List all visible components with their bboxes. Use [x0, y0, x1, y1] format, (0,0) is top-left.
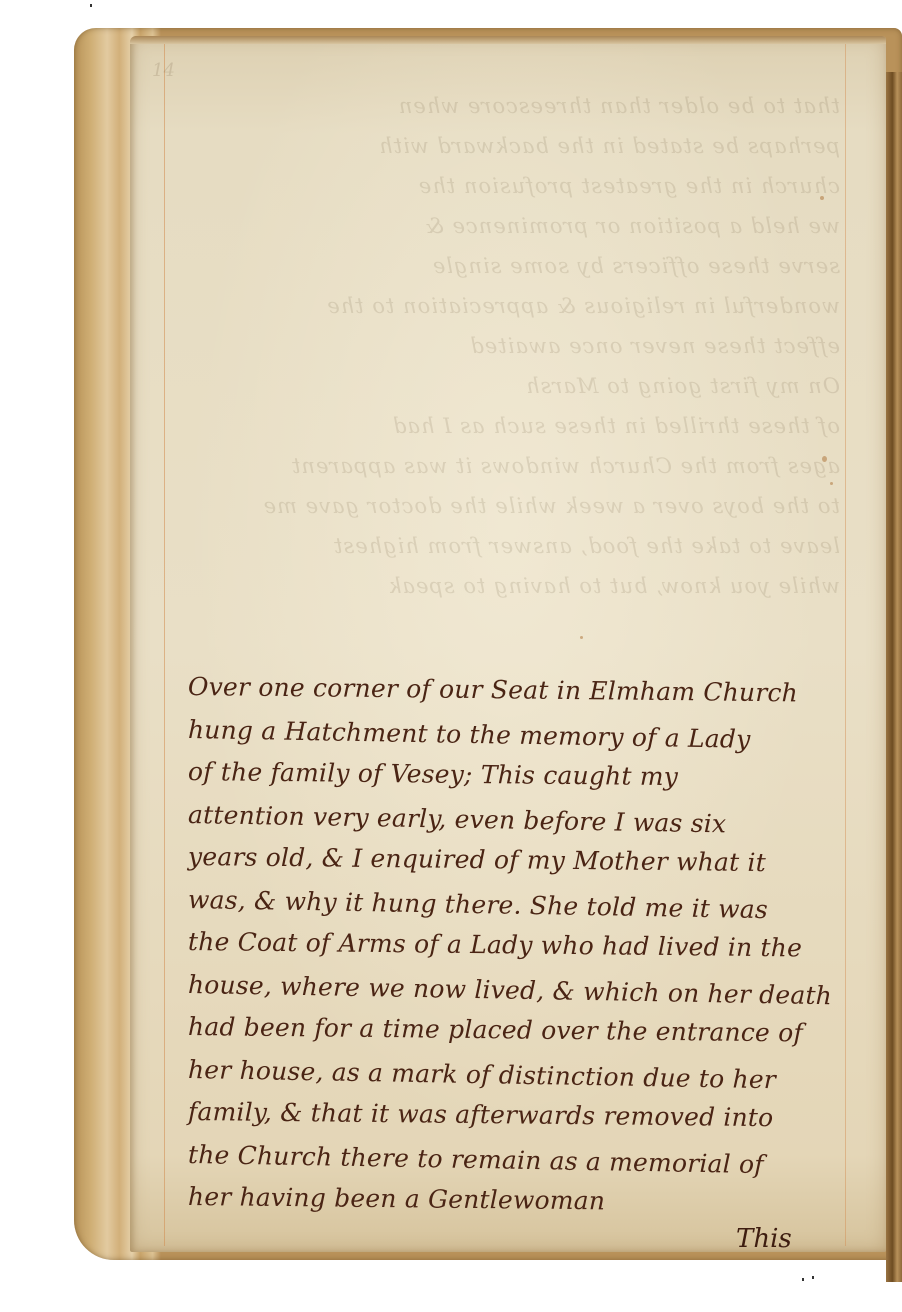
bleed-line: On my first going to Marsh: [190, 366, 840, 406]
bleed-line: we held a position or prominence &: [190, 206, 840, 246]
manuscript-line: family, & that it was afterwards removed…: [188, 1091, 858, 1141]
bleed-line: that to be older than threescore when: [190, 86, 840, 126]
foxing-spot: [830, 482, 833, 485]
bleed-line: ages from the Church windows it was appa…: [190, 446, 840, 486]
bleed-line: leave to take the food, answer from high…: [190, 526, 840, 566]
scan-artifact: [90, 4, 92, 7]
bleed-line: effect these never once awaited: [190, 326, 840, 366]
page-top-edge: [130, 36, 886, 44]
bleed-line: to the boys over a week while the doctor…: [190, 486, 840, 526]
manuscript-page: 14 that to be older than threescore when…: [130, 36, 886, 1252]
scan-artifact: [802, 1278, 804, 1281]
catchword: This: [736, 1224, 792, 1254]
manuscript-line: had been for a time placed over the entr…: [188, 1006, 858, 1056]
book-right-edge: [886, 72, 902, 1282]
manuscript-line: the Coat of Arms of a Lady who had lived…: [188, 921, 858, 971]
foxing-spot: [580, 636, 583, 639]
bleed-line: church in the greatest profusion the: [190, 166, 840, 206]
left-margin-rule: [164, 44, 165, 1246]
foxing-spot: [820, 196, 824, 200]
manuscript-line: her having been a Gentlewoman: [188, 1176, 858, 1226]
bleed-line: while you know, but to having to speak: [190, 566, 840, 606]
handwritten-text: Over one corner of our Seat in Elmham Ch…: [188, 666, 858, 1219]
scan-artifact: [812, 1276, 814, 1279]
bleed-through-page-number: 14: [152, 60, 175, 81]
bleed-line: serve these officers by some single: [190, 246, 840, 286]
bleed-line: wonderful in religious & appreciation to…: [190, 286, 840, 326]
bleed-through-text: that to be older than threescore when pe…: [190, 86, 840, 606]
manuscript-line: of the family of Vesey; This caught my: [188, 751, 858, 801]
foxing-spot: [822, 456, 827, 462]
manuscript-line: Over one corner of our Seat in Elmham Ch…: [188, 666, 858, 716]
manuscript-line: years old, & I enquired of my Mother wha…: [188, 836, 858, 886]
bleed-line: perhaps be stated in the backward with: [190, 126, 840, 166]
bleed-line: of these thrilled in these such as I had: [190, 406, 840, 446]
